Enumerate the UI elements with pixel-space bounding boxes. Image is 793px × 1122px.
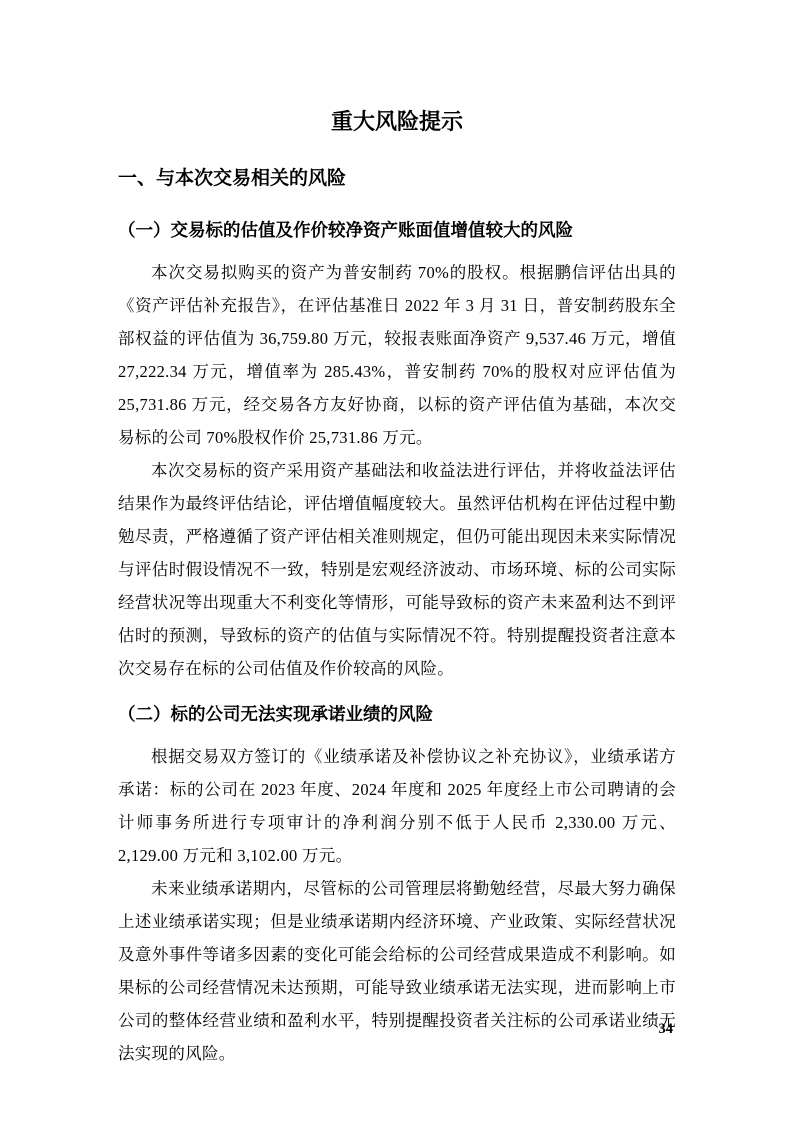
paragraph: 本次交易拟购买的资产为普安制药 70%的股权。根据鹏信评估出具的《资产评估补充报… [118,256,676,454]
section-heading-1: 一、与本次交易相关的风险 [118,166,676,192]
document-content: 重大风险提示 一、与本次交易相关的风险 （一）交易标的估值及作价较净资产账面值增… [118,106,676,1070]
paragraph: 未来业绩承诺期内，尽管标的公司管理层将勤勉经营，尽最大努力确保上述业绩承诺实现；… [118,872,676,1070]
subsection-heading-2: （二）标的公司无法实现承诺业绩的风险 [118,702,676,727]
page-number: 34 [659,1021,674,1038]
subsection-heading-1: （一）交易标的估值及作价较净资产账面值增值较大的风险 [118,218,676,243]
paragraph: 根据交易双方签订的《业绩承诺及补偿协议之补充协议》，业绩承诺方承诺：标的公司在 … [118,740,676,872]
document-page: 重大风险提示 一、与本次交易相关的风险 （一）交易标的估值及作价较净资产账面值增… [0,0,793,1122]
paragraph: 本次交易标的资产采用资产基础法和收益法进行评估，并将收益法评估结果作为最终评估结… [118,454,676,685]
page-title: 重大风险提示 [118,106,676,138]
